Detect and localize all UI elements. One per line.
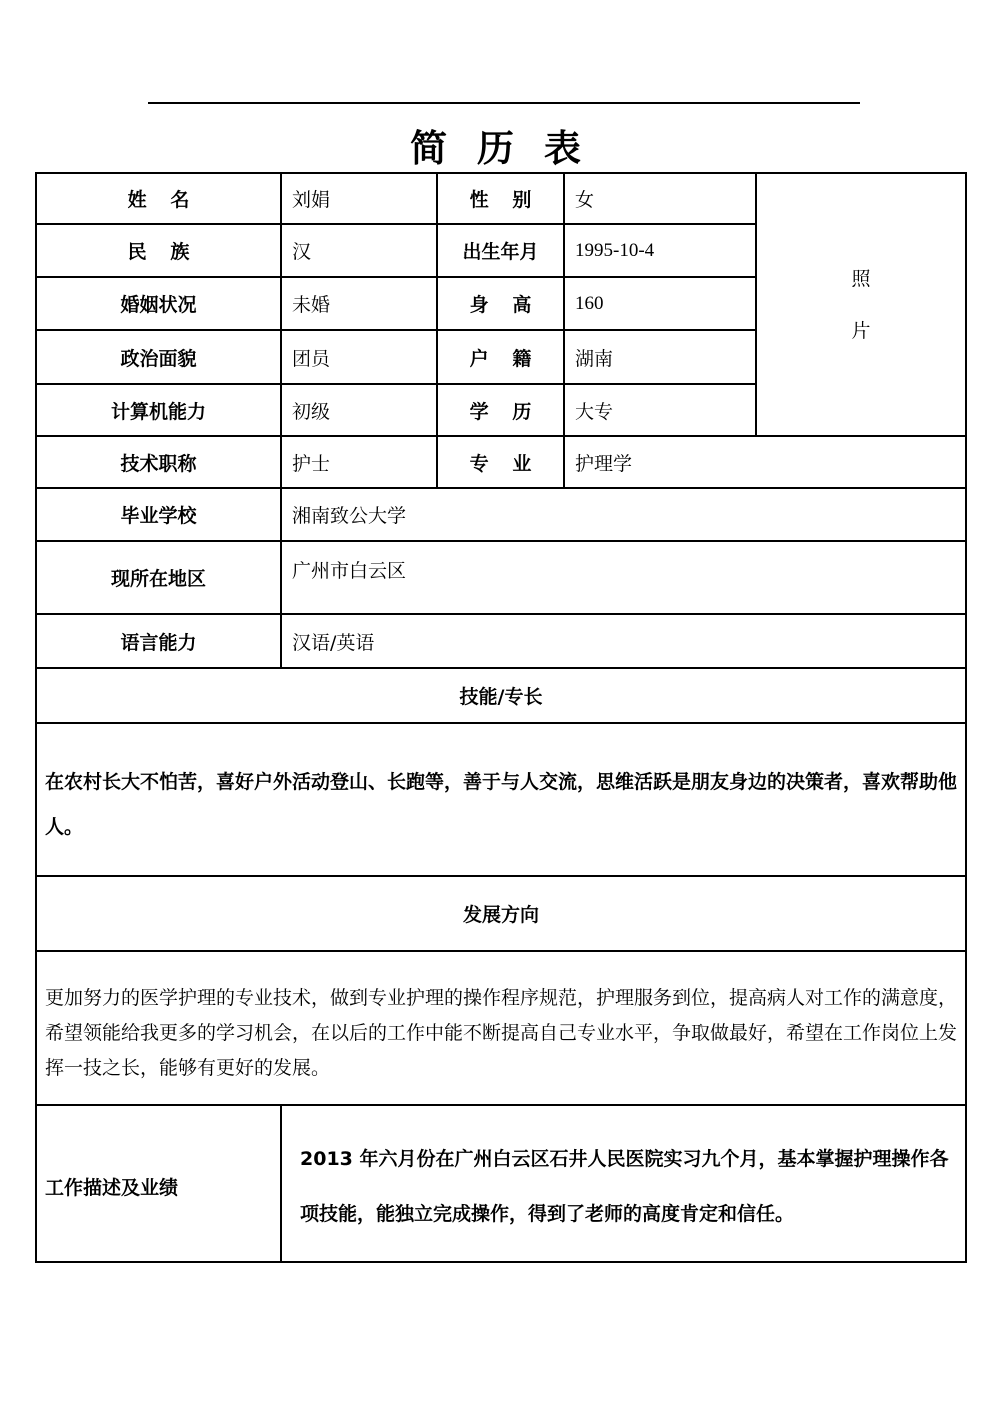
registry-label: 户 籍 xyxy=(437,330,564,384)
education-label: 学 历 xyxy=(437,384,564,436)
page-title: 简 历 表 xyxy=(0,118,993,172)
row-direction-header: 发展方向 xyxy=(36,876,966,951)
education-value: 大专 xyxy=(564,384,756,436)
major-label: 专 业 xyxy=(437,436,564,488)
row-school: 毕业学校 湘南致公大学 xyxy=(36,488,966,541)
language-value: 汉语/英语 xyxy=(281,614,966,668)
major-value: 护理学 xyxy=(564,436,966,488)
ethnicity-value: 汉 xyxy=(281,224,437,277)
location-value: 广州市白云区 xyxy=(281,541,966,614)
skills-section-text: 在农村长大不怕苦，喜好户外活动登山、长跑等，善于与人交流，思维活跃是朋友身边的决… xyxy=(36,723,966,876)
name-label: 姓 名 xyxy=(36,173,281,224)
tech-title-label: 技术职称 xyxy=(36,436,281,488)
skills-section-header: 技能/专长 xyxy=(36,668,966,723)
language-label: 语言能力 xyxy=(36,614,281,668)
row-title: 技术职称 护士 专 业 护理学 xyxy=(36,436,966,488)
resume-table: 姓 名 刘娟 性 别 女 照 片 民 族 汉 出生年月 1995-10-4 婚姻… xyxy=(35,172,967,1263)
row-name: 姓 名 刘娟 性 别 女 照 片 xyxy=(36,173,966,224)
row-skills-header: 技能/专长 xyxy=(36,668,966,723)
row-language: 语言能力 汉语/英语 xyxy=(36,614,966,668)
marital-value: 未婚 xyxy=(281,277,437,330)
political-value: 团员 xyxy=(281,330,437,384)
political-label: 政治面貌 xyxy=(36,330,281,384)
work-section-text: 2013 年六月份在广州白云区石井人民医院实习九个月，基本掌握护理操作各项技能，… xyxy=(281,1105,966,1262)
top-horizontal-rule xyxy=(148,102,860,104)
photo-placeholder: 照 片 xyxy=(756,173,966,436)
row-work: 工作描述及业绩 2013 年六月份在广州白云区石井人民医院实习九个月，基本掌握护… xyxy=(36,1105,966,1262)
marital-label: 婚姻状况 xyxy=(36,277,281,330)
birthdate-value: 1995-10-4 xyxy=(564,224,756,277)
birthdate-label: 出生年月 xyxy=(437,224,564,277)
gender-label: 性 别 xyxy=(437,173,564,224)
location-label: 现所在地区 xyxy=(36,541,281,614)
ethnicity-label: 民 族 xyxy=(36,224,281,277)
computer-value: 初级 xyxy=(281,384,437,436)
school-value: 湘南致公大学 xyxy=(281,488,966,541)
gender-value: 女 xyxy=(564,173,756,224)
photo-label-line2: 片 xyxy=(757,305,965,357)
direction-section-header: 发展方向 xyxy=(36,876,966,951)
computer-label: 计算机能力 xyxy=(36,384,281,436)
tech-title-value: 护士 xyxy=(281,436,437,488)
photo-label-line1: 照 xyxy=(757,253,965,305)
height-value: 160 xyxy=(564,277,756,330)
school-label: 毕业学校 xyxy=(36,488,281,541)
direction-section-text: 更加努力的医学护理的专业技术，做到专业护理的操作程序规范，护理服务到位，提高病人… xyxy=(36,951,966,1105)
row-location: 现所在地区 广州市白云区 xyxy=(36,541,966,614)
registry-value: 湖南 xyxy=(564,330,756,384)
work-section-label: 工作描述及业绩 xyxy=(36,1105,281,1262)
height-label: 身 高 xyxy=(437,277,564,330)
row-skills-text: 在农村长大不怕苦，喜好户外活动登山、长跑等，善于与人交流，思维活跃是朋友身边的决… xyxy=(36,723,966,876)
row-direction-text: 更加努力的医学护理的专业技术，做到专业护理的操作程序规范，护理服务到位，提高病人… xyxy=(36,951,966,1105)
name-value: 刘娟 xyxy=(281,173,437,224)
